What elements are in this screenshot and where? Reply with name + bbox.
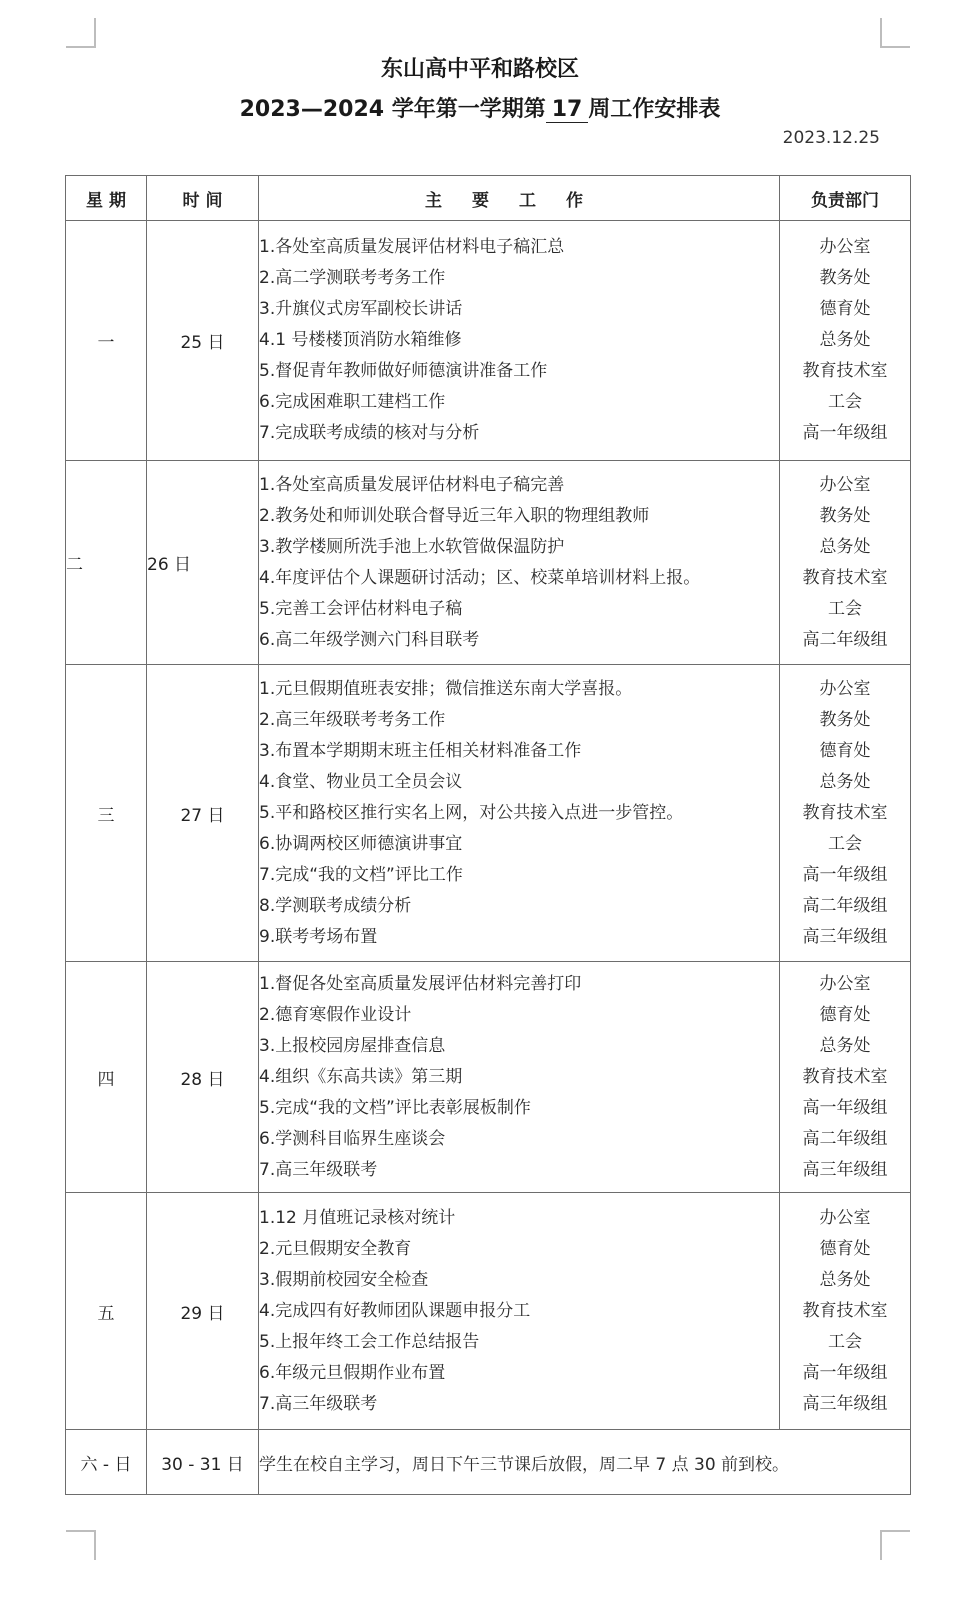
responsible-department: 教育技术室 [780, 798, 910, 829]
responsible-department: 教务处 [780, 263, 910, 294]
table-row-day: 二26 日1.各处室高质量发展评估材料电子稿完善2.教务处和师训处联合督导近三年… [66, 461, 911, 665]
weekly-schedule-table: 星 期 时 间 主要工作 负责部门 一25 日1.各处室高质量发展评估材料电子稿… [65, 175, 911, 1495]
table-row-weekend: 六 - 日 30 - 31 日 学生在校自主学习，周日下午三节课后放假，周二早 … [66, 1430, 911, 1495]
work-item: 7.完成“我的文档”评比工作 [259, 860, 779, 891]
responsible-department: 高二年级组 [780, 891, 910, 922]
responsible-department: 教育技术室 [780, 563, 910, 594]
work-item: 4.完成四有好教师团队课题申报分工 [259, 1296, 779, 1327]
responsible-department: 德育处 [780, 1000, 910, 1031]
page-corner-mark-top-right [880, 18, 910, 48]
work-item: 1.督促各处室高质量发展评估材料完善打印 [259, 969, 779, 1000]
work-item: 6.完成困难职工建档工作 [259, 387, 779, 418]
work-item: 6.协调两校区师德演讲事宜 [259, 829, 779, 860]
work-item: 1.各处室高质量发展评估材料电子稿汇总 [259, 232, 779, 263]
work-item: 3.假期前校园安全检查 [259, 1265, 779, 1296]
date-cell: 26 日 [147, 461, 259, 665]
responsible-department: 教育技术室 [780, 356, 910, 387]
work-item: 4.年度评估个人课题研讨活动；区、校菜单培训材料上报。 [259, 563, 779, 594]
work-item: 3.教学楼厕所洗手池上水软管做保温防护 [259, 532, 779, 563]
responsible-department: 总务处 [780, 1031, 910, 1062]
work-item: 5.完成“我的文档”评比表彰展板制作 [259, 1093, 779, 1124]
responsible-department: 教育技术室 [780, 1296, 910, 1327]
work-item: 4.1 号楼楼顶消防水箱维修 [259, 325, 779, 356]
work-item: 5.完善工会评估材料电子稿 [259, 594, 779, 625]
work-item: 5.上报年终工会工作总结报告 [259, 1327, 779, 1358]
work-item: 2.教务处和师训处联合督导近三年入职的物理组教师 [259, 501, 779, 532]
weekday-cell: 一 [66, 221, 147, 461]
date-cell: 25 日 [147, 221, 259, 461]
document-title-school: 东山高中平和路校区 [0, 52, 960, 83]
work-item: 4.食堂、物业员工全员会议 [259, 767, 779, 798]
work-items-cell: 1.督促各处室高质量发展评估材料完善打印2.德育寒假作业设计3.上报校园房屋排查… [259, 962, 780, 1193]
responsible-department: 总务处 [780, 532, 910, 563]
work-item: 2.元旦假期安全教育 [259, 1234, 779, 1265]
weekday-cell: 五 [66, 1193, 147, 1430]
responsible-department: 高三年级组 [780, 922, 910, 953]
document-date: 2023.12.25 [783, 128, 880, 148]
title-prefix: 2023—2024 学年第一学期第 [240, 97, 546, 122]
work-item: 1.元旦假期值班表安排；微信推送东南大学喜报。 [259, 674, 779, 705]
responsible-department: 总务处 [780, 767, 910, 798]
responsible-department: 工会 [780, 829, 910, 860]
responsible-department: 高一年级组 [780, 1093, 910, 1124]
responsible-department: 办公室 [780, 674, 910, 705]
responsible-department: 办公室 [780, 470, 910, 501]
work-items-cell: 1.元旦假期值班表安排；微信推送东南大学喜报。2.高三年级联考考务工作3.布置本… [259, 665, 780, 962]
table-row-day: 五29 日1.12 月值班记录核对统计2.元旦假期安全教育3.假期前校园安全检查… [66, 1193, 911, 1430]
responsible-department: 工会 [780, 594, 910, 625]
weekday-cell: 二 [66, 461, 147, 665]
department-cell: 办公室教务处德育处总务处教育技术室工会高一年级组高二年级组高三年级组 [780, 665, 911, 962]
responsible-department: 办公室 [780, 1203, 910, 1234]
work-item: 3.升旗仪式房军副校长讲话 [259, 294, 779, 325]
responsible-department: 高三年级组 [780, 1155, 910, 1186]
weekday-cell: 三 [66, 665, 147, 962]
header-department: 负责部门 [780, 176, 911, 221]
work-item: 2.高三年级联考考务工作 [259, 705, 779, 736]
work-item: 2.高二学测联考考务工作 [259, 263, 779, 294]
weekend-note: 学生在校自主学习，周日下午三节课后放假，周二早 7 点 30 前到校。 [259, 1430, 911, 1495]
responsible-department: 总务处 [780, 1265, 910, 1296]
work-item: 5.平和路校区推行实名上网，对公共接入点进一步管控。 [259, 798, 779, 829]
department-cell: 办公室教务处德育处总务处教育技术室工会高一年级组 [780, 221, 911, 461]
weekday-cell: 六 - 日 [66, 1430, 147, 1495]
work-item: 6.学测科目临界生座谈会 [259, 1124, 779, 1155]
weekday-cell: 四 [66, 962, 147, 1193]
date-cell: 29 日 [147, 1193, 259, 1430]
responsible-department: 教务处 [780, 705, 910, 736]
header-main-work: 主要工作 [259, 176, 780, 221]
table-row-day: 四28 日1.督促各处室高质量发展评估材料完善打印2.德育寒假作业设计3.上报校… [66, 962, 911, 1193]
work-item: 8.学测联考成绩分析 [259, 891, 779, 922]
department-cell: 办公室德育处总务处教育技术室工会高一年级组高三年级组 [780, 1193, 911, 1430]
work-item: 3.布置本学期期末班主任相关材料准备工作 [259, 736, 779, 767]
work-item: 6.高二年级学测六门科目联考 [259, 625, 779, 656]
work-items-cell: 1.12 月值班记录核对统计2.元旦假期安全教育3.假期前校园安全检查4.完成四… [259, 1193, 780, 1430]
responsible-department: 教务处 [780, 501, 910, 532]
responsible-department: 德育处 [780, 1234, 910, 1265]
responsible-department: 德育处 [780, 736, 910, 767]
department-cell: 办公室德育处总务处教育技术室高一年级组高二年级组高三年级组 [780, 962, 911, 1193]
work-item: 2.德育寒假作业设计 [259, 1000, 779, 1031]
work-item: 3.上报校园房屋排查信息 [259, 1031, 779, 1062]
responsible-department: 高一年级组 [780, 1358, 910, 1389]
header-time: 时 间 [147, 176, 259, 221]
responsible-department: 办公室 [780, 969, 910, 1000]
work-item: 1.12 月值班记录核对统计 [259, 1203, 779, 1234]
work-item: 7.高三年级联考 [259, 1389, 779, 1420]
document-title-schedule: 2023—2024 学年第一学期第17周工作安排表 [0, 92, 960, 123]
responsible-department: 教育技术室 [780, 1062, 910, 1093]
table-header-row: 星 期 时 间 主要工作 负责部门 [66, 176, 911, 221]
work-item: 5.督促青年教师做好师德演讲准备工作 [259, 356, 779, 387]
responsible-department: 工会 [780, 387, 910, 418]
work-item: 6.年级元旦假期作业布置 [259, 1358, 779, 1389]
work-item: 7.高三年级联考 [259, 1155, 779, 1186]
work-item: 1.各处室高质量发展评估材料电子稿完善 [259, 470, 779, 501]
header-weekday: 星 期 [66, 176, 147, 221]
responsible-department: 高二年级组 [780, 625, 910, 656]
page-corner-mark-bottom-right [880, 1530, 910, 1560]
responsible-department: 高二年级组 [780, 1124, 910, 1155]
title-suffix: 周工作安排表 [588, 97, 720, 122]
table-row-day: 一25 日1.各处室高质量发展评估材料电子稿汇总2.高二学测联考考务工作3.升旗… [66, 221, 911, 461]
responsible-department: 办公室 [780, 232, 910, 263]
work-item: 9.联考考场布置 [259, 922, 779, 953]
date-cell: 30 - 31 日 [147, 1430, 259, 1495]
table-row-day: 三27 日1.元旦假期值班表安排；微信推送东南大学喜报。2.高三年级联考考务工作… [66, 665, 911, 962]
date-cell: 27 日 [147, 665, 259, 962]
responsible-department: 高一年级组 [780, 418, 910, 449]
work-items-cell: 1.各处室高质量发展评估材料电子稿汇总2.高二学测联考考务工作3.升旗仪式房军副… [259, 221, 780, 461]
work-item: 4.组织《东高共读》第三期 [259, 1062, 779, 1093]
page-corner-mark-bottom-left [66, 1530, 96, 1560]
department-cell: 办公室教务处总务处教育技术室工会高二年级组 [780, 461, 911, 665]
responsible-department: 高一年级组 [780, 860, 910, 891]
responsible-department: 高三年级组 [780, 1389, 910, 1420]
responsible-department: 德育处 [780, 294, 910, 325]
responsible-department: 工会 [780, 1327, 910, 1358]
date-cell: 28 日 [147, 962, 259, 1193]
week-number: 17 [546, 98, 589, 123]
work-items-cell: 1.各处室高质量发展评估材料电子稿完善2.教务处和师训处联合督导近三年入职的物理… [259, 461, 780, 665]
page-corner-mark-top-left [66, 18, 96, 48]
responsible-department: 总务处 [780, 325, 910, 356]
work-item: 7.完成联考成绩的核对与分析 [259, 418, 779, 449]
